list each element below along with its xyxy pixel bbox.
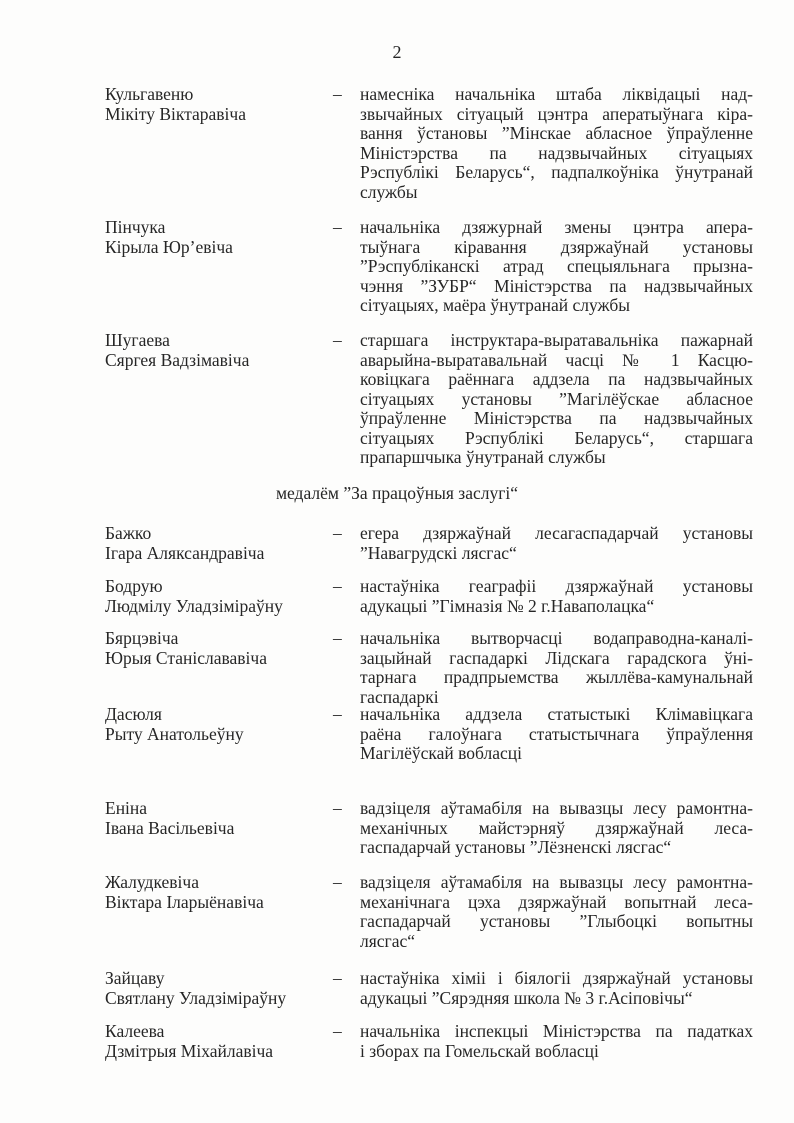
- recipient-position: начальніка вытворчасці водаправодна-кана…: [360, 629, 753, 707]
- recipient-given-names: Івана Васільевіча: [105, 819, 325, 839]
- position-line: вання ўстановы ”Мінскае абласное ўпраўле…: [360, 124, 753, 144]
- recipient-position: начальніка інспекцыі Міністэрства па пад…: [360, 1022, 753, 1061]
- position-line: вадзіцеля аўтамабіля на вывазцы лесу рам…: [360, 873, 753, 893]
- position-line: начальніка інспекцыі Міністэрства па пад…: [360, 1022, 753, 1042]
- recipient-surname: Бярцэвіча: [105, 629, 325, 649]
- recipient-surname: Дасюля: [105, 705, 325, 725]
- recipient-name: БажкоІгара Аляксандравіча: [105, 524, 325, 563]
- separator-dash: –: [333, 85, 342, 105]
- position-line: настаўніка геаграфіі дзяржаўнай установы: [360, 577, 753, 597]
- recipient-name: ЖалудкевічаВіктара Іларыёнавіча: [105, 873, 325, 912]
- recipient-surname: Еніна: [105, 799, 325, 819]
- position-line: тарнага прадпрыемства жыллёва-камунальна…: [360, 668, 753, 688]
- position-line: сітуацыях, маёра ўнутранай службы: [360, 296, 753, 316]
- position-line: зацыйнай гаспадаркі Лідскага гарадскога …: [360, 649, 753, 669]
- position-line: сітуацыях Рэспублікі Беларусь“, старшага: [360, 429, 753, 449]
- recipient-given-names: Святлану Уладзіміраўну: [105, 989, 325, 1009]
- position-line: адукацыі ”Сярэдняя школа № 3 г.Асіповічы…: [360, 989, 753, 1009]
- recipient-name: ШугаеваСяргея Вадзімавіча: [105, 331, 325, 370]
- separator-dash: –: [333, 629, 342, 649]
- position-line: механічнага цэха дзяржаўнай вопытнай лес…: [360, 893, 753, 913]
- separator-dash: –: [333, 218, 342, 238]
- position-line: тыўнага кіравання дзяржаўнай установы: [360, 238, 753, 258]
- recipient-surname: Жалудкевіча: [105, 873, 325, 893]
- position-line: механічных майстэрняў дзяржаўнай леса-: [360, 819, 753, 839]
- section-heading: медалём ”За працоўныя заслугі“: [0, 483, 794, 503]
- recipient-surname: Бажко: [105, 524, 325, 544]
- recipient-name: БярцэвічаЮрыя Станіслававіча: [105, 629, 325, 668]
- recipient-position: настаўніка хіміі і біялогіі дзяржаўнай у…: [360, 969, 753, 1008]
- position-line: начальніка вытворчасці водаправодна-кана…: [360, 629, 753, 649]
- recipient-position: вадзіцеля аўтамабіля на вывазцы лесу рам…: [360, 799, 753, 858]
- position-line: адукацыі ”Гімназія № 2 г.Наваполацка“: [360, 597, 753, 617]
- separator-dash: –: [333, 873, 342, 893]
- recipient-position: настаўніка геаграфіі дзяржаўнай установы…: [360, 577, 753, 616]
- position-line: гаспадарчай установы ”Глыбоцкі вопытны: [360, 912, 753, 932]
- position-line: і зборах па Гомельскай вобласці: [360, 1042, 753, 1062]
- recipient-given-names: Віктара Іларыёнавіча: [105, 893, 325, 913]
- separator-dash: –: [333, 577, 342, 597]
- page-number: 2: [0, 42, 794, 62]
- position-line: раёна галоўнага статыстычнага ўпраўлення: [360, 725, 753, 745]
- recipient-surname: Пінчука: [105, 218, 325, 238]
- position-line: сітуацыях установы ”Магілёўскае абласное: [360, 390, 753, 410]
- separator-dash: –: [333, 1022, 342, 1042]
- position-line: старшага інструктара-выратавальніка пажа…: [360, 331, 753, 351]
- position-line: Міністэрства па надзвычайных сітуацыях: [360, 144, 753, 164]
- recipient-name: КульгавенюМікіту Віктаравіча: [105, 85, 325, 124]
- separator-dash: –: [333, 524, 342, 544]
- recipient-position: начальніка аддзела статыстыкі Клімавіцка…: [360, 705, 753, 764]
- recipient-name: КалееваДзмітрыя Міхайлавіча: [105, 1022, 325, 1061]
- separator-dash: –: [333, 705, 342, 725]
- recipient-name: БодруюЛюдмілу Уладзіміраўну: [105, 577, 325, 616]
- position-line: ўпраўленне Міністэрства па надзвычайных: [360, 409, 753, 429]
- position-line: чэння ”ЗУБР“ Міністэрства па надзвычайны…: [360, 277, 753, 297]
- separator-dash: –: [333, 799, 342, 819]
- position-line: Магілёўскай вобласці: [360, 744, 753, 764]
- recipient-position: намесніка начальніка штаба ліквідацыі на…: [360, 85, 753, 202]
- recipient-surname: Шугаева: [105, 331, 325, 351]
- position-line: аварыйна-выратавальнай часці № 1 Касцю-: [360, 351, 753, 371]
- position-line: намесніка начальніка штаба ліквідацыі на…: [360, 85, 753, 105]
- separator-dash: –: [333, 969, 342, 989]
- recipient-position: егера дзяржаўнай лесагаспадарчай установ…: [360, 524, 753, 563]
- position-line: гаспадарчай установы ”Лёзненскі лясгас“: [360, 838, 753, 858]
- position-line: ”Навагрудскі лясгас“: [360, 544, 753, 564]
- recipient-given-names: Ігара Аляксандравіча: [105, 544, 325, 564]
- recipient-surname: Калеева: [105, 1022, 325, 1042]
- position-line: лясгас“: [360, 932, 753, 952]
- recipient-name: ДасюляРыту Анатольеўну: [105, 705, 325, 744]
- recipient-given-names: Кірыла Юр’евіча: [105, 238, 325, 258]
- recipient-given-names: Сяргея Вадзімавіча: [105, 351, 325, 371]
- position-line: прапаршчыка ўнутранай службы: [360, 448, 753, 468]
- recipient-given-names: Людмілу Уладзіміраўну: [105, 597, 325, 617]
- position-line: егера дзяржаўнай лесагаспадарчай установ…: [360, 524, 753, 544]
- separator-dash: –: [333, 331, 342, 351]
- recipient-given-names: Дзмітрыя Міхайлавіча: [105, 1042, 325, 1062]
- recipient-surname: Бодрую: [105, 577, 325, 597]
- position-line: начальніка аддзела статыстыкі Клімавіцка…: [360, 705, 753, 725]
- position-line: Рэспублікі Беларусь“, падпалкоўніка ўнут…: [360, 163, 753, 183]
- recipient-given-names: Мікіту Віктаравіча: [105, 105, 325, 125]
- recipient-surname: Зайцаву: [105, 969, 325, 989]
- position-line: начальніка дзяжурнай змены цэнтра апера-: [360, 218, 753, 238]
- recipient-name: ЗайцавуСвятлану Уладзіміраўну: [105, 969, 325, 1008]
- recipient-surname: Кульгавеню: [105, 85, 325, 105]
- position-line: службы: [360, 183, 753, 203]
- recipient-name: ПінчукаКірыла Юр’евіча: [105, 218, 325, 257]
- recipient-name: ЕнінаІвана Васільевіча: [105, 799, 325, 838]
- position-line: настаўніка хіміі і біялогіі дзяржаўнай у…: [360, 969, 753, 989]
- recipient-position: вадзіцеля аўтамабіля на вывазцы лесу рам…: [360, 873, 753, 951]
- recipient-position: старшага інструктара-выратавальніка пажа…: [360, 331, 753, 468]
- position-line: вадзіцеля аўтамабіля на вывазцы лесу рам…: [360, 799, 753, 819]
- position-line: ковіцкага раённага аддзела па надзвычайн…: [360, 370, 753, 390]
- recipient-position: начальніка дзяжурнай змены цэнтра апера-…: [360, 218, 753, 316]
- position-line: ”Рэспубліканскі атрад спецыяльнага прызн…: [360, 257, 753, 277]
- position-line: звычайных сітуацый цэнтра аператыўнага к…: [360, 105, 753, 125]
- recipient-given-names: Рыту Анатольеўну: [105, 725, 325, 745]
- recipient-given-names: Юрыя Станіслававіча: [105, 649, 325, 669]
